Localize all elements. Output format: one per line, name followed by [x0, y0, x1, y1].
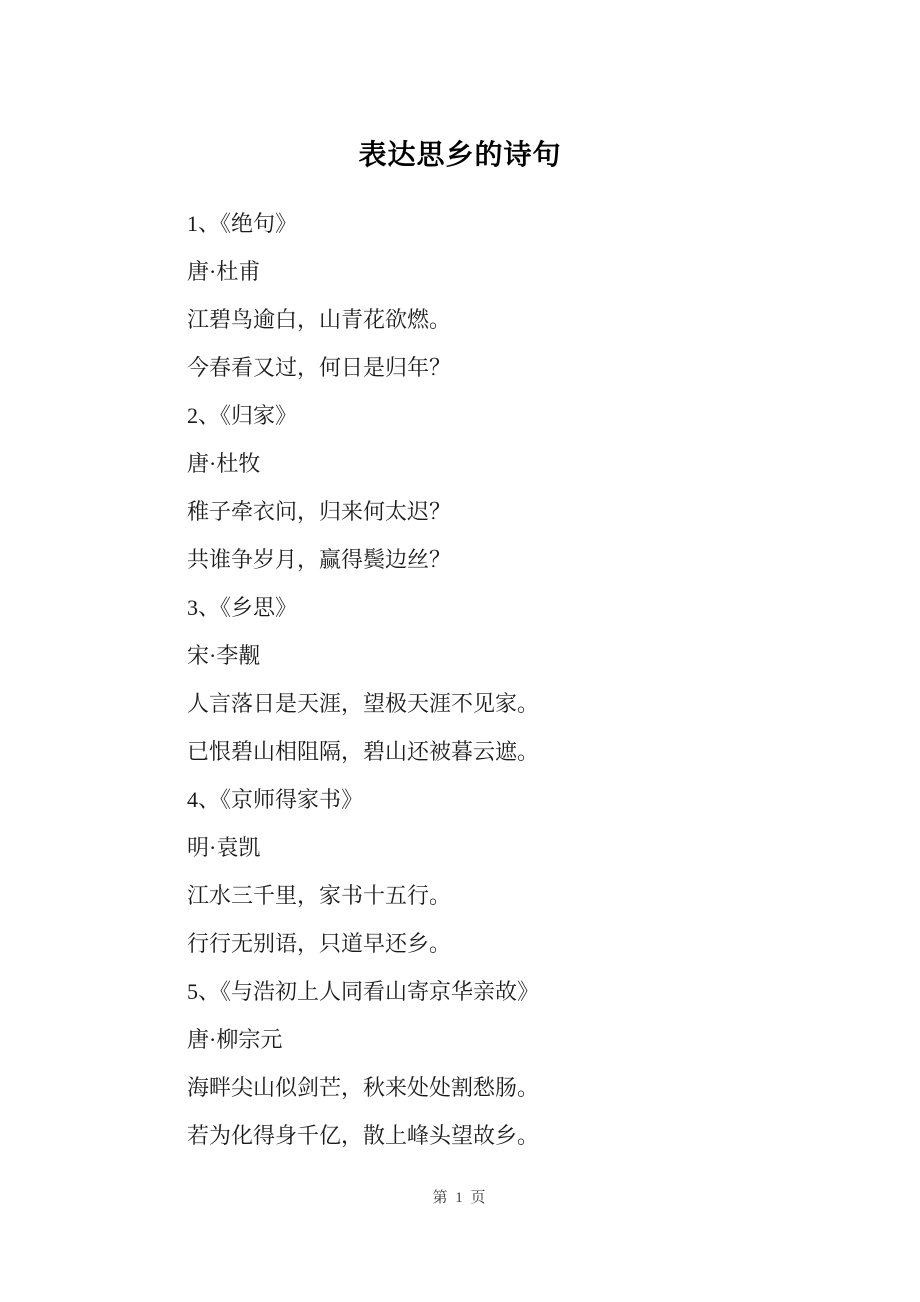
poem-author: 宋·李觏 — [187, 632, 747, 680]
poem-author: 明·袁凯 — [187, 824, 747, 872]
poem-verse: 已恨碧山相阻隔，碧山还被暮云遮。 — [187, 728, 747, 776]
poem-author: 唐·杜甫 — [187, 248, 747, 296]
page-footer: 第 1 页 — [0, 1188, 920, 1208]
poem-verse: 江水三千里，家书十五行。 — [187, 872, 747, 920]
poem-list: 1、《绝句》 唐·杜甫 江碧鸟逾白，山青花欲燃。 今春看又过，何日是归年？ 2、… — [187, 200, 747, 1160]
poem-verse: 稚子牵衣问，归来何太迟？ — [187, 488, 747, 536]
poem-entry-5: 5、《与浩初上人同看山寄京华亲故》 唐·柳宗元 海畔尖山似剑芒，秋来处处割愁肠。… — [187, 968, 747, 1160]
poem-verse: 江碧鸟逾白，山青花欲燃。 — [187, 296, 747, 344]
poem-heading: 5、《与浩初上人同看山寄京华亲故》 — [187, 968, 747, 1016]
poem-verse: 人言落日是天涯，望极天涯不见家。 — [187, 680, 747, 728]
poem-verse: 海畔尖山似剑芒，秋来处处割愁肠。 — [187, 1064, 747, 1112]
poem-verse: 共谁争岁月，赢得鬓边丝？ — [187, 536, 747, 584]
document-page: 表达思乡的诗句 1、《绝句》 唐·杜甫 江碧鸟逾白，山青花欲燃。 今春看又过，何… — [0, 0, 920, 1302]
poem-heading: 1、《绝句》 — [187, 200, 747, 248]
poem-heading: 4、《京师得家书》 — [187, 776, 747, 824]
poem-verse: 今春看又过，何日是归年？ — [187, 344, 747, 392]
poem-author: 唐·杜牧 — [187, 440, 747, 488]
page-number-label: 第 1 页 — [432, 1190, 487, 1206]
document-title: 表达思乡的诗句 — [0, 0, 920, 171]
poem-entry-1: 1、《绝句》 唐·杜甫 江碧鸟逾白，山青花欲燃。 今春看又过，何日是归年？ — [187, 200, 747, 392]
poem-heading: 2、《归家》 — [187, 392, 747, 440]
poem-verse: 若为化得身千亿，散上峰头望故乡。 — [187, 1112, 747, 1160]
poem-author: 唐·柳宗元 — [187, 1016, 747, 1064]
poem-entry-3: 3、《乡思》 宋·李觏 人言落日是天涯，望极天涯不见家。 已恨碧山相阻隔，碧山还… — [187, 584, 747, 776]
poem-verse: 行行无别语，只道早还乡。 — [187, 920, 747, 968]
poem-entry-2: 2、《归家》 唐·杜牧 稚子牵衣问，归来何太迟？ 共谁争岁月，赢得鬓边丝？ — [187, 392, 747, 584]
poem-entry-4: 4、《京师得家书》 明·袁凯 江水三千里，家书十五行。 行行无别语，只道早还乡。 — [187, 776, 747, 968]
poem-heading: 3、《乡思》 — [187, 584, 747, 632]
